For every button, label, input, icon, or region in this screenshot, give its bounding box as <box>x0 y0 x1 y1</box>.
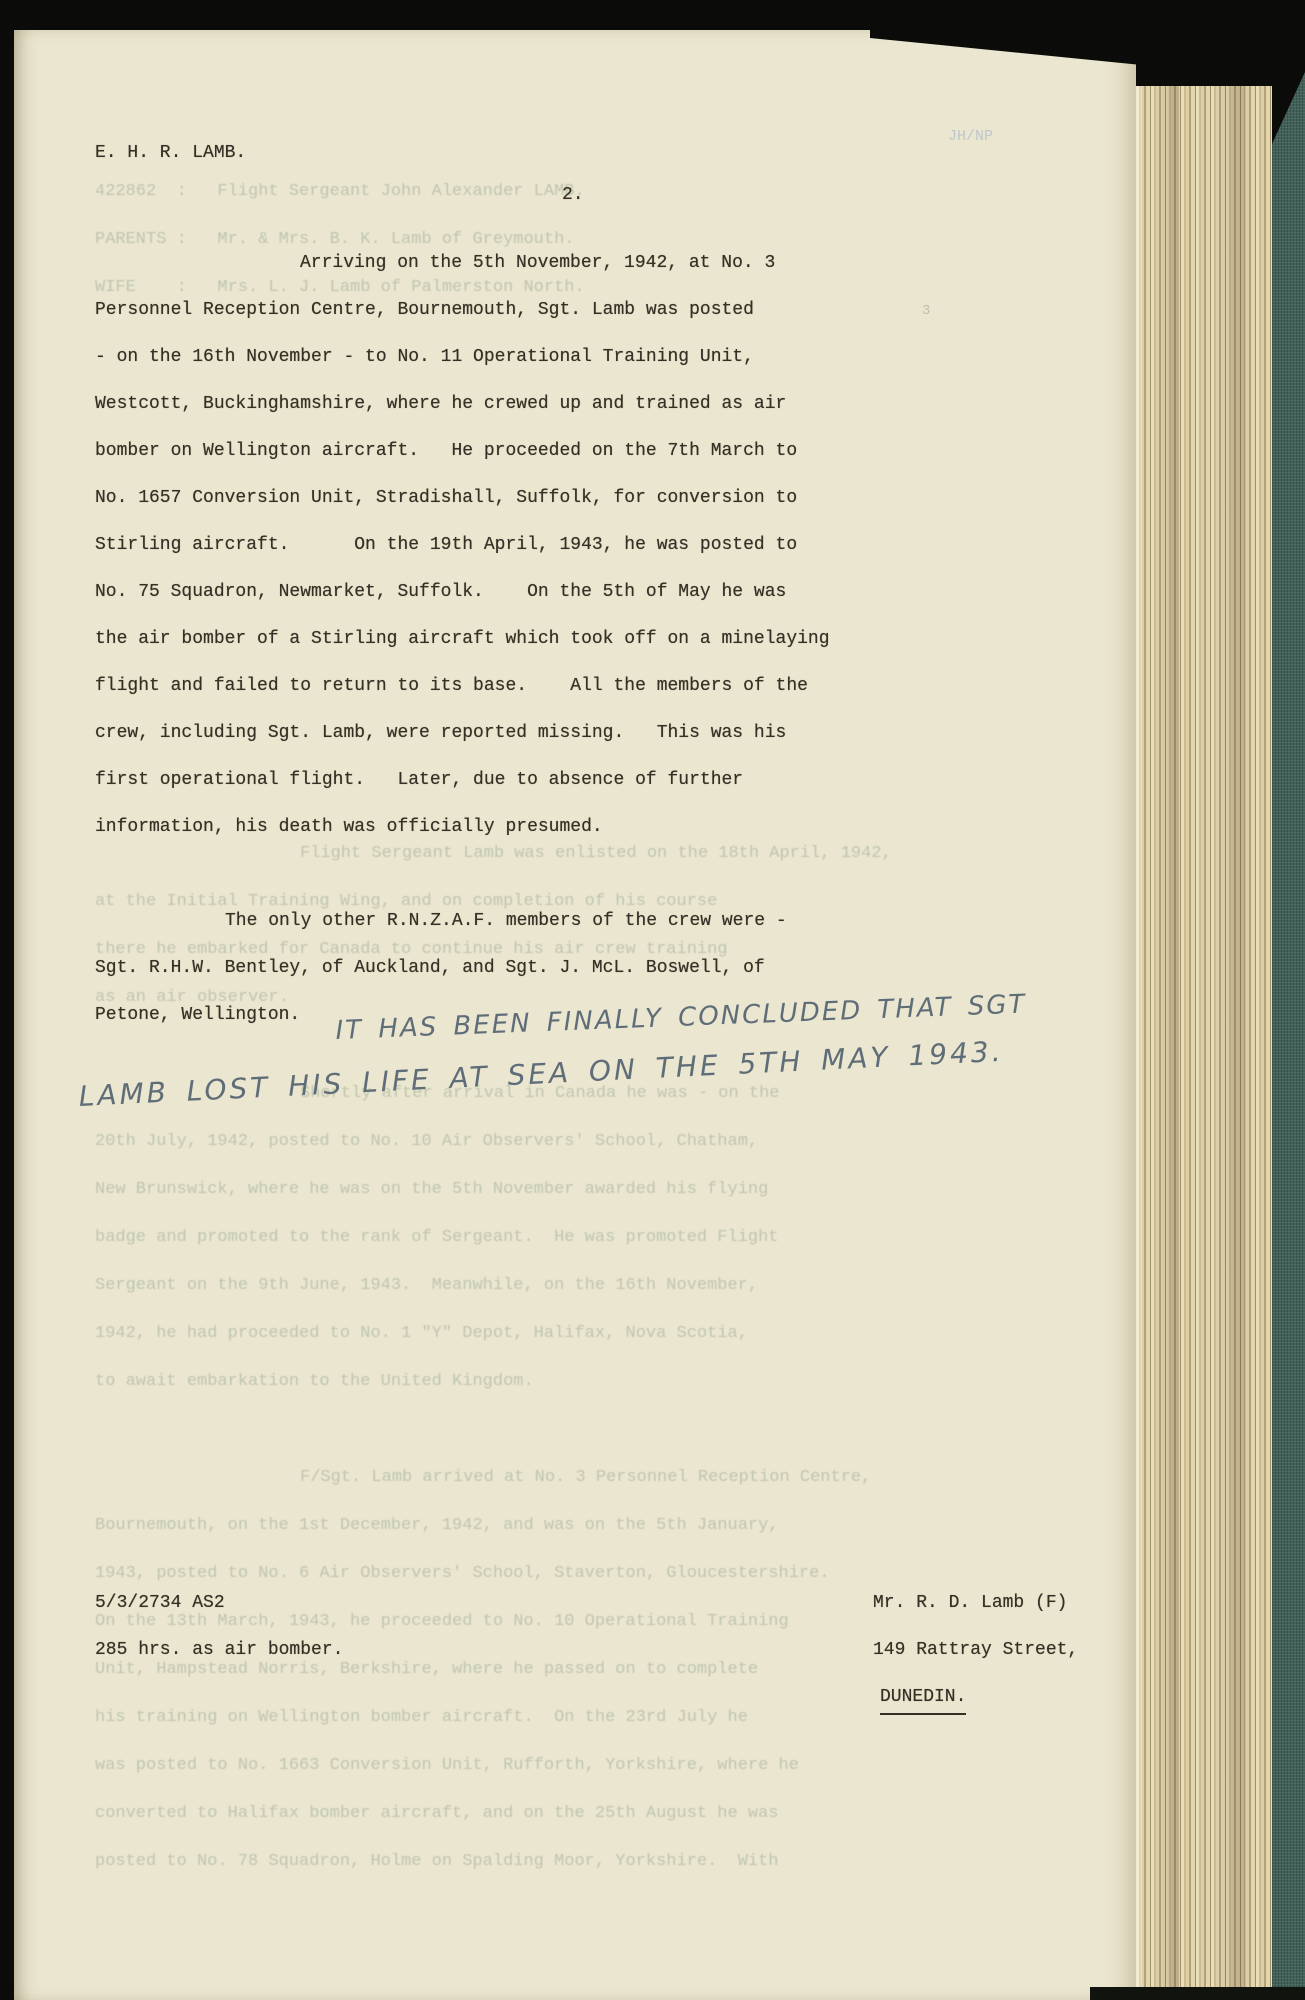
bleedthrough-line: posted to No. 78 Squadron, Holme on Spal… <box>95 1838 892 1886</box>
typed-line: No. 75 Squadron, Newmarket, Suffolk. On … <box>95 569 830 616</box>
typed-line: crew, including Sgt. Lamb, were reported… <box>95 710 830 757</box>
bleedthrough-line: Sergeant on the 9th June, 1943. Meanwhil… <box>95 1262 892 1310</box>
flying-hours-note: 285 hrs. as air bomber. <box>95 1635 343 1665</box>
bleedthrough-line: F/Sgt. Lamb arrived at No. 3 Personnel R… <box>95 1454 892 1502</box>
next-of-kin-city: DUNEDIN. <box>880 1682 966 1715</box>
typed-line: flight and failed to return to its base.… <box>95 663 830 710</box>
scanned-book-page: 422862 : Flight Sergeant John Alexander … <box>0 0 1305 2000</box>
typed-line: bomber on Wellington aircraft. He procee… <box>95 428 830 475</box>
bleedthrough-line <box>95 1406 892 1454</box>
scan-left-edge <box>0 0 14 2000</box>
bleedthrough-line: was posted to No. 1663 Conversion Unit, … <box>95 1742 892 1790</box>
bleedthrough-line: 1942, he had proceeded to No. 1 "Y" Depo… <box>95 1310 892 1358</box>
bleedthrough-line: his training on Wellington bomber aircra… <box>95 1694 892 1742</box>
book-cover-cloth <box>1272 26 1305 2000</box>
typed-line: first operational flight. Later, due to … <box>95 757 830 804</box>
next-of-kin-address: 149 Rattray Street, <box>873 1635 1078 1665</box>
bleedthrough-line: New Brunswick, where he was on the 5th N… <box>95 1166 892 1214</box>
typed-line: No. 1657 Conversion Unit, Stradishall, S… <box>95 475 830 522</box>
margin-mark: 3 <box>922 302 930 320</box>
bleedthrough-line: 20th July, 1942, posted to No. 10 Air Ob… <box>95 1118 892 1166</box>
scan-top-band <box>0 0 1272 30</box>
typed-line: the air bomber of a Stirling aircraft wh… <box>95 616 830 663</box>
typed-line: Personnel Reception Centre, Bournemouth,… <box>95 287 830 334</box>
typed-line <box>95 851 830 898</box>
typed-line: - on the 16th November - to No. 11 Opera… <box>95 334 830 381</box>
typed-line: Arriving on the 5th November, 1942, at N… <box>95 240 830 287</box>
bleedthrough-line: Bournemouth, on the 1st December, 1942, … <box>95 1502 892 1550</box>
typed-line: The only other R.N.Z.A.F. members of the… <box>95 898 830 945</box>
typed-line: information, his death was officially pr… <box>95 804 830 851</box>
bleedthrough-line: to await embarkation to the United Kingd… <box>95 1358 892 1406</box>
scan-bottom-sliver <box>1090 1987 1305 2000</box>
typed-line: Westcott, Buckinghamshire, where he crew… <box>95 381 830 428</box>
page-number: 2. <box>562 180 584 210</box>
book-page-stack-edge <box>1136 86 1272 1990</box>
next-of-kin-name: Mr. R. D. Lamb (F) <box>873 1588 1067 1618</box>
bleedthrough-line: 422862 : Flight Sergeant John Alexander … <box>95 168 585 216</box>
bleedthrough-line: converted to Halifax bomber aircraft, an… <box>95 1790 892 1838</box>
typed-line: Sgt. R.H.W. Bentley, of Auckland, and Sg… <box>95 945 830 992</box>
bleedthrough-line: badge and promoted to the rank of Sergea… <box>95 1214 892 1262</box>
typed-line: Stirling aircraft. On the 19th April, 19… <box>95 522 830 569</box>
underlined-city-text: DUNEDIN. <box>880 1682 966 1715</box>
file-reference: 5/3/2734 AS2 <box>95 1588 225 1618</box>
page-header-name: E. H. R. LAMB. <box>95 138 246 168</box>
pencil-initials-mark: JH/NP <box>948 128 993 146</box>
typed-paragraphs: Arriving on the 5th November, 1942, at N… <box>95 240 830 1039</box>
